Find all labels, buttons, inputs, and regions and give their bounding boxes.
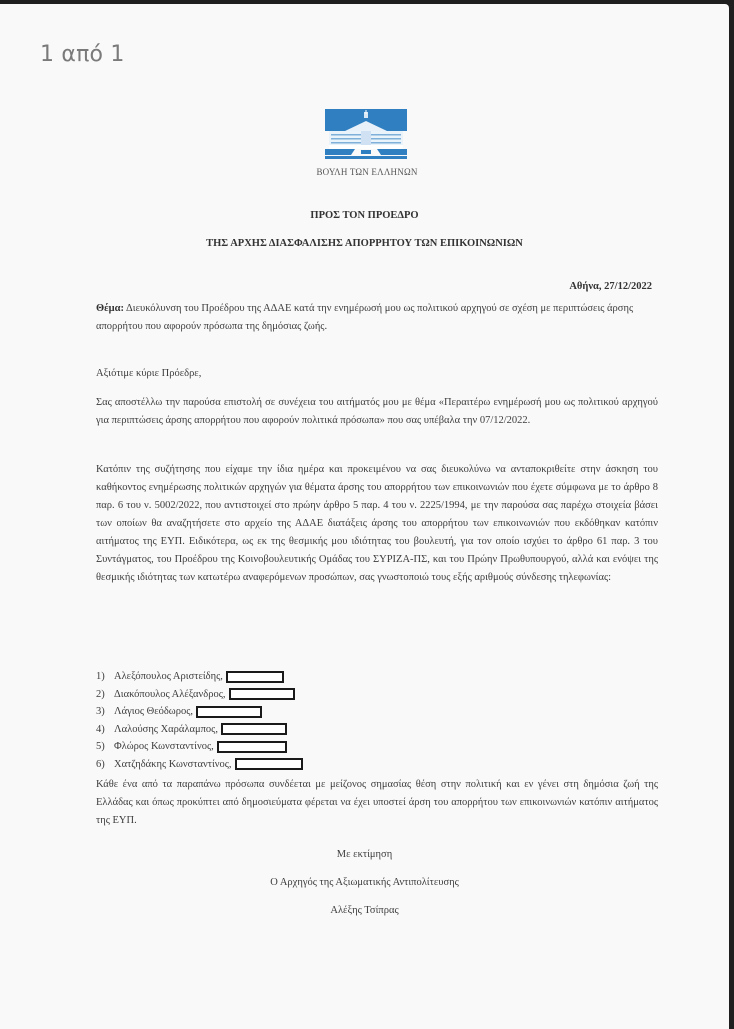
person-name: Διακόπουλος Αλέξανδρος, bbox=[114, 686, 226, 704]
parliament-logo-icon bbox=[325, 109, 407, 159]
signatory-name: Αλέξης Τσίπρας bbox=[0, 905, 729, 916]
logo-caption: ΒΟΥΛΗ ΤΩΝ ΕΛΛΗΝΩΝ bbox=[300, 167, 434, 177]
recipient-subheading: ΤΗΣ ΑΡΧΗΣ ΔΙΑΣΦΑΛΙΣΗΣ ΑΠΟΡΡΗΤΟΥ ΤΩΝ ΕΠΙΚ… bbox=[0, 238, 729, 249]
phone-list: 1) Αλεξόπουλος Αριστείδης, 2) Διακόπουλο… bbox=[96, 668, 303, 773]
person-name: Λάγιος Θεόδωρος, bbox=[114, 703, 193, 721]
redaction-box bbox=[217, 741, 287, 753]
paragraph-1: Σας αποστέλλω την παρούσα επιστολή σε συ… bbox=[96, 394, 658, 430]
list-item: 4) Λαλούσης Χαράλαμπος, bbox=[96, 721, 303, 739]
person-name: Φλώρος Κωνσταντίνος, bbox=[114, 738, 214, 756]
person-name: Λαλούσης Χαράλαμπος, bbox=[114, 721, 218, 739]
person-name: Αλεξόπουλος Αριστείδης, bbox=[114, 668, 223, 686]
list-number: 1) bbox=[96, 668, 114, 686]
list-item: 3) Λάγιος Θεόδωρος, bbox=[96, 703, 303, 721]
redaction-box bbox=[226, 671, 284, 683]
redaction-box bbox=[221, 723, 287, 735]
greeting: Αξιότιμε κύριε Πρόεδρε, bbox=[96, 368, 201, 379]
redaction-box bbox=[235, 758, 303, 770]
document-viewer: 1 από 1 ΒΟΥΛΗ ΤΩΝ ΕΛΛΗΝΩ bbox=[0, 0, 734, 1029]
closing: Με εκτίμηση bbox=[0, 849, 729, 860]
list-number: 2) bbox=[96, 686, 114, 704]
list-number: 3) bbox=[96, 703, 114, 721]
subject-text: Διευκόλυνση του Προέδρου της ΑΔΑΕ κατά τ… bbox=[96, 303, 633, 332]
paragraph-2: Κατόπιν της συζήτησης που είχαμε την ίδι… bbox=[96, 461, 658, 587]
signatory-title: Ο Αρχηγός της Αξιωματικής Αντιπολίτευσης bbox=[0, 877, 729, 888]
list-item: 5) Φλώρος Κωνσταντίνος, bbox=[96, 738, 303, 756]
redaction-box bbox=[196, 706, 262, 718]
recipient-heading: ΠΡΟΣ ΤΟΝ ΠΡΟΕΔΡΟ bbox=[0, 210, 729, 221]
letter-date: Αθήνα, 27/12/2022 bbox=[569, 281, 652, 292]
redaction-box bbox=[229, 688, 295, 700]
list-item: 1) Αλεξόπουλος Αριστείδης, bbox=[96, 668, 303, 686]
subject-line: Θέμα: Διευκόλυνση του Προέδρου της ΑΔΑΕ … bbox=[96, 300, 658, 336]
subject-label: Θέμα: bbox=[96, 303, 124, 314]
list-number: 6) bbox=[96, 756, 114, 774]
letter: ΒΟΥΛΗ ΤΩΝ ΕΛΛΗΝΩΝ ΠΡΟΣ ΤΟΝ ΠΡΟΕΔΡΟ ΤΗΣ Α… bbox=[0, 4, 729, 1029]
document-page[interactable]: 1 από 1 ΒΟΥΛΗ ΤΩΝ ΕΛΛΗΝΩ bbox=[0, 4, 729, 1029]
list-item: 6) Χατζηδάκης Κωνσταντίνος, bbox=[96, 756, 303, 774]
paragraph-3: Κάθε ένα από τα παραπάνω πρόσωπα συνδέετ… bbox=[96, 776, 658, 830]
list-item: 2) Διακόπουλος Αλέξανδρος, bbox=[96, 686, 303, 704]
person-name: Χατζηδάκης Κωνσταντίνος, bbox=[114, 756, 232, 774]
list-number: 4) bbox=[96, 721, 114, 739]
list-number: 5) bbox=[96, 738, 114, 756]
